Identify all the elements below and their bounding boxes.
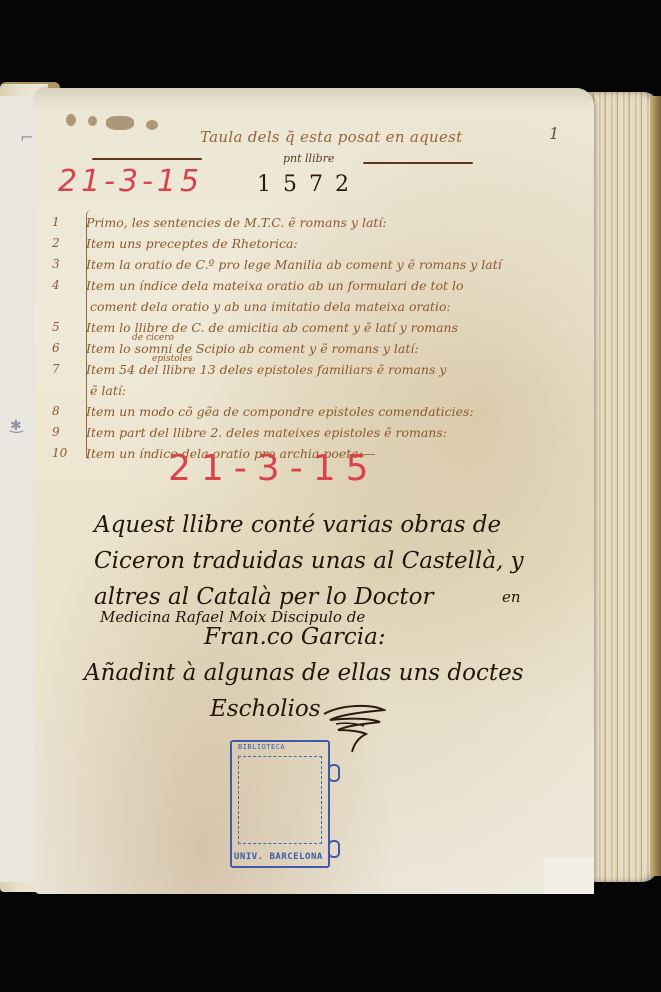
toc-item: 8 Item un modo cõ gẽa de compondre epist… bbox=[52, 401, 572, 422]
pencil-star-mark: ✱ bbox=[10, 418, 22, 434]
stamp-emblem bbox=[238, 756, 322, 844]
heading-rule-left bbox=[92, 158, 202, 160]
toc-item-number: 7 bbox=[52, 359, 70, 380]
signature-flourish-icon bbox=[322, 700, 386, 754]
torn-corner bbox=[544, 858, 594, 894]
toc-item-text: Item lo somni de Scipio ab coment y ẽ ro… bbox=[86, 338, 419, 359]
red-date-annotation-middle: 21-3-15 bbox=[168, 448, 379, 489]
toc-item-number: 8 bbox=[52, 401, 70, 422]
toc-item-text: Primo, les sentencies de M.T.C. ẽ romans… bbox=[86, 212, 387, 233]
toc-item-text: Item 54 del llibre 13 deles epistoles fa… bbox=[86, 359, 446, 380]
toc-item: 4 Item un índice dela mateixa oratio ab … bbox=[52, 275, 572, 296]
pencil-mark: ⌐ bbox=[20, 128, 33, 147]
toc-item-number: 9 bbox=[52, 422, 70, 443]
toc-item-number: 5 bbox=[52, 317, 70, 338]
stain bbox=[146, 120, 158, 130]
page-subheading: pnt llibre bbox=[283, 152, 334, 165]
toc-item: 5 Item lo llibre de C. de amicitia ab co… bbox=[52, 317, 572, 338]
toc-item-number: 1 bbox=[52, 212, 70, 233]
toc-item-text: coment dela oratio y ab una imitatio del… bbox=[90, 296, 451, 317]
note-line: Añadint à algunas de ellas uns doctes bbox=[84, 660, 524, 686]
heading-rule-right bbox=[363, 162, 473, 164]
toc-item-continuation: coment dela oratio y ab una imitatio del… bbox=[52, 296, 572, 317]
toc-item: 3 Item la oratio de C.º pro lege Manilia… bbox=[52, 254, 572, 275]
marginal-addition: en bbox=[502, 588, 521, 606]
toc-item-number: 6 bbox=[52, 338, 70, 359]
library-stamp: BIBLIOTECA UNIV. BARCELONA bbox=[230, 740, 330, 868]
toc-item: 1 Primo, les sentencies de M.T.C. ẽ roma… bbox=[52, 212, 572, 233]
leaf-top-band bbox=[34, 88, 594, 112]
toc-item-text: Item un modo cõ gẽa de compondre epistol… bbox=[86, 401, 474, 422]
red-date-annotation-top: 21-3-15 bbox=[58, 164, 203, 199]
stamp-top-text: BIBLIOTECA bbox=[238, 743, 285, 751]
toc-item-text: Item un índice dela mateixa oratio ab un… bbox=[86, 275, 464, 296]
toc-item-text: Item la oratio de C.º pro lege Manilia a… bbox=[86, 254, 502, 275]
toc-item-number: 3 bbox=[52, 254, 70, 275]
folio-number: 1 bbox=[549, 124, 559, 143]
table-of-contents: 1 Primo, les sentencies de M.T.C. ẽ roma… bbox=[52, 212, 572, 464]
toc-item: 9 Item part del llibre 2. deles mateixes… bbox=[52, 422, 572, 443]
stamp-bottom-text: UNIV. BARCELONA bbox=[234, 852, 323, 862]
toc-item-continuation: ẽ latí: bbox=[52, 380, 572, 401]
toc-item-text: ẽ latí: bbox=[90, 380, 126, 401]
page-heading: Taula dels q̃ esta posat en aquest bbox=[200, 128, 462, 146]
stain bbox=[88, 116, 97, 126]
note-line: Fran.co Garcia: bbox=[204, 624, 386, 650]
stamp-clasp-icon bbox=[328, 840, 340, 858]
manuscript-photograph: ⌐ ‿ ✱ 1 Taula dels q̃ esta posat en aque… bbox=[0, 0, 661, 992]
note-line: altres al Català per lo Doctor bbox=[94, 584, 433, 610]
toc-item-number: 10 bbox=[52, 443, 70, 464]
toc-item: 2 Item uns preceptes de Rhetorica: bbox=[52, 233, 572, 254]
book-fore-edge bbox=[650, 96, 661, 876]
note-line: Ciceron traduidas unas al Castellà, y bbox=[94, 548, 524, 574]
stain bbox=[106, 116, 134, 130]
note-line: Aquest llibre conté varias obras de bbox=[94, 512, 501, 538]
year: 1572 bbox=[257, 172, 361, 197]
note-line: Escholios bbox=[210, 696, 321, 722]
toc-item-number: 4 bbox=[52, 275, 70, 296]
stamp-clasp-icon bbox=[328, 764, 340, 782]
toc-item-text: Item part del llibre 2. deles mateixes e… bbox=[86, 422, 447, 443]
stain bbox=[66, 114, 76, 126]
toc-item-text: Item uns preceptes de Rhetorica: bbox=[86, 233, 298, 254]
toc-item-number: 2 bbox=[52, 233, 70, 254]
toc-item: de cicero 6 Item lo somni de Scipio ab c… bbox=[52, 338, 572, 359]
toc-item: epistoles 7 Item 54 del llibre 13 deles … bbox=[52, 359, 572, 380]
